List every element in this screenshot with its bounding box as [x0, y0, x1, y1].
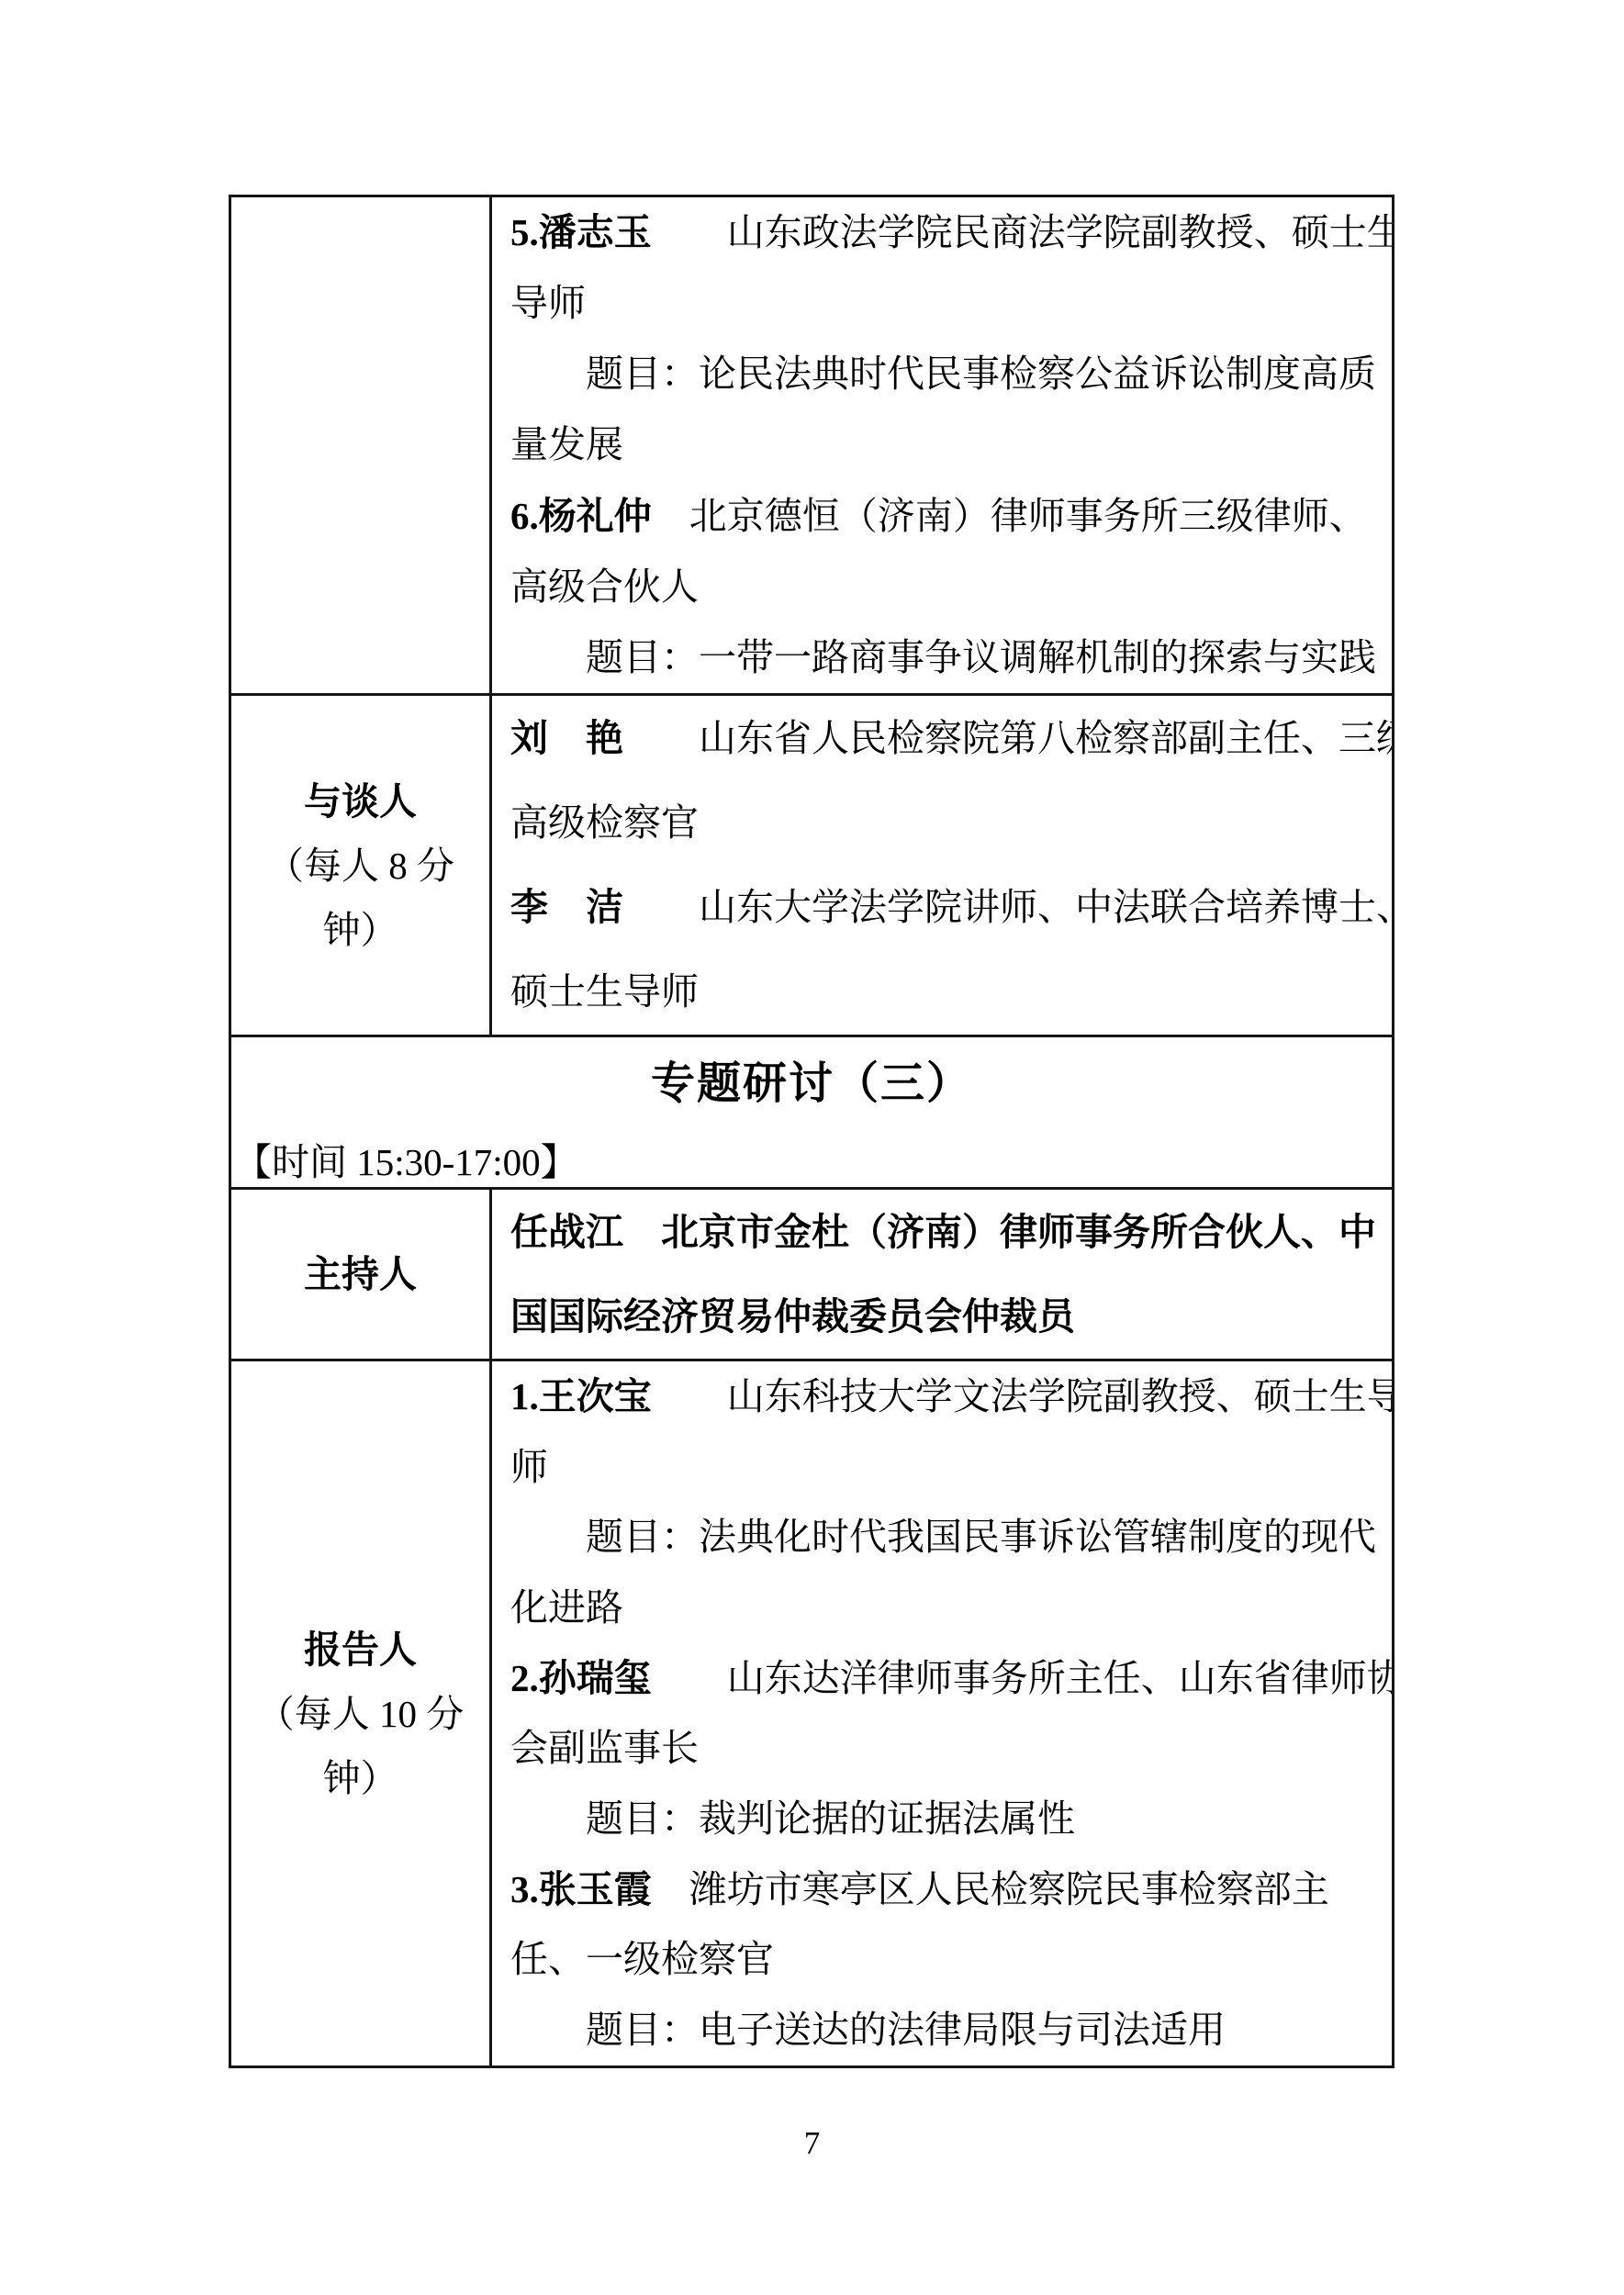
speaker-desc: 会副监事长 — [510, 1727, 699, 1769]
topic-line: 题目：论民法典时代民事检察公益诉讼制度高质 — [510, 353, 1376, 395]
topic-line: 题目：一带一路商事争议调解机制的探索与实践 — [510, 636, 1376, 678]
agenda-line: 题目：裁判论据的证据法属性 — [510, 1800, 1386, 1838]
row-content-cell: 任战江 北京市金杜（济南）律师事务所合伙人、中 国国际经济贸易仲裁委员会仲裁员 — [492, 1190, 1392, 1359]
row-label-note: 钟） — [323, 898, 398, 962]
agenda-table: 5.潘志玉 山东政法学院民商法学院副教授、硕士生 导师 题目：论民法典时代民事检… — [229, 195, 1394, 2068]
agenda-line: 任战江 北京市金杜（济南）律师事务所合伙人、中 — [510, 1214, 1386, 1251]
topic-line: 量发展 — [510, 423, 623, 465]
row-label: 主持人 — [304, 1242, 417, 1306]
agenda-line: 高级合伙人 — [510, 568, 1386, 606]
speaker-desc: 硕士生导师 — [510, 970, 699, 1013]
row-label-cell: 主持人 — [231, 1190, 492, 1359]
speaker-desc: 山东达洋律师事务所主任、山东省律师协 — [652, 1657, 1392, 1699]
row-label-cell-empty — [231, 197, 492, 693]
page-number: 7 — [0, 2122, 1624, 2165]
agenda-line: 刘 艳 山东省人民检察院第八检察部副主任、三级 — [510, 720, 1386, 757]
speaker-desc: 高级检察官 — [510, 801, 699, 844]
speaker-name: 刘 艳 — [510, 717, 623, 759]
session-time: 【时间 15:30-17:00】 — [231, 1135, 1392, 1187]
speaker-desc: 师 — [510, 1446, 548, 1488]
speaker-desc: 山东省人民检察院第八检察部副主任、三级 — [623, 717, 1392, 759]
speaker-name: 2.孙瑞玺 — [510, 1657, 652, 1699]
table-row-session-header: 专题研讨（三） 【时间 15:30-17:00】 — [231, 1035, 1392, 1187]
agenda-line: 国国际经济贸易仲裁委员会仲裁员 — [510, 1298, 1386, 1336]
agenda-line: 5.潘志玉 山东政法学院民商法学院副教授、硕士生 — [510, 214, 1386, 252]
table-row-speakers-continued: 5.潘志玉 山东政法学院民商法学院副教授、硕士生 导师 题目：论民法典时代民事检… — [231, 197, 1392, 693]
speaker-name: 6.杨礼仲 — [510, 495, 652, 537]
speaker-name: 李 洁 — [510, 886, 623, 928]
table-row-moderator: 主持人 任战江 北京市金杜（济南）律师事务所合伙人、中 国国际经济贸易仲裁委员会… — [231, 1187, 1392, 1359]
agenda-line: 1.王次宝 山东科技大学文法学院副教授、硕士生导 — [510, 1378, 1386, 1416]
speaker-name: 5.潘志玉 — [510, 211, 652, 253]
speaker-desc: 山东科技大学文法学院副教授、硕士生导 — [652, 1375, 1392, 1417]
agenda-line: 6.杨礼仲 北京德恒（济南）律师事务所三级律师、 — [510, 498, 1386, 535]
speaker-desc: 任、一级检察官 — [510, 1938, 774, 1980]
table-row-reporters: 报告人 （每人 10 分 钟） 1.王次宝 山东科技大学文法学院副教授、硕士生导… — [231, 1359, 1392, 2065]
session-title: 专题研讨（三） — [231, 1041, 1392, 1127]
speaker-name: 3.张玉霞 — [510, 1868, 652, 1910]
table-row-discussants: 与谈人 （每人 8 分 钟） 刘 艳 山东省人民检察院第八检察部副主任、三级 高… — [231, 693, 1392, 1035]
speaker-name: 1.王次宝 — [510, 1375, 652, 1417]
speaker-desc: 山东政法学院民商法学院副教授、硕士生 — [652, 211, 1392, 253]
agenda-line: 量发展 — [510, 426, 1386, 464]
agenda-line: 题目：一带一路商事争议调解机制的探索与实践 — [510, 639, 1386, 677]
speaker-desc: 山东大学法学院讲师、中法联合培养博士、 — [623, 886, 1392, 928]
agenda-line: 任、一级检察官 — [510, 1941, 1386, 1978]
agenda-line: 2.孙瑞玺 山东达洋律师事务所主任、山东省律师协 — [510, 1660, 1386, 1697]
row-content-cell: 刘 艳 山东省人民检察院第八检察部副主任、三级 高级检察官 李 洁 山东大学法学… — [492, 696, 1392, 1035]
agenda-line: 题目：论民法典时代民事检察公益诉讼制度高质 — [510, 355, 1386, 393]
agenda-line: 题目：电子送达的法律局限与司法适用 — [510, 2011, 1386, 2049]
agenda-line: 导师 — [510, 285, 1386, 322]
row-label-note: （每人 8 分 — [266, 834, 454, 898]
row-label-cell: 与谈人 （每人 8 分 钟） — [231, 696, 492, 1035]
agenda-line: 会副监事长 — [510, 1730, 1386, 1767]
topic-line: 化进路 — [510, 1586, 623, 1629]
speaker-desc: 北京德恒（济南）律师事务所三级律师、 — [652, 495, 1367, 537]
row-label-note: （每人 10 分 — [257, 1682, 465, 1746]
agenda-line: 硕士生导师 — [510, 973, 1386, 1011]
speaker-desc: 高级合伙人 — [510, 565, 699, 608]
agenda-line: 3.张玉霞 潍坊市寒亭区人民检察院民事检察部主 — [510, 1871, 1386, 1909]
topic-line: 题目：裁判论据的证据法属性 — [510, 1797, 1075, 1840]
agenda-line: 师 — [510, 1449, 1386, 1486]
speaker-desc: 导师 — [510, 282, 586, 324]
moderator-desc: 国国际经济贸易仲裁委员会仲裁员 — [510, 1295, 1075, 1338]
row-label-cell: 报告人 （每人 10 分 钟） — [231, 1361, 492, 2065]
moderator-desc: 任战江 北京市金杜（济南）律师事务所合伙人、中 — [510, 1211, 1376, 1253]
agenda-line: 李 洁 山东大学法学院讲师、中法联合培养博士、 — [510, 889, 1386, 926]
document-page: 5.潘志玉 山东政法学院民商法学院副教授、硕士生 导师 题目：论民法典时代民事检… — [0, 0, 1624, 2295]
row-label: 与谈人 — [304, 769, 417, 834]
row-content-cell: 1.王次宝 山东科技大学文法学院副教授、硕士生导 师 题目：法典化时代我国民事诉… — [492, 1361, 1392, 2065]
topic-line: 题目：法典化时代我国民事诉讼管辖制度的现代 — [510, 1516, 1376, 1558]
agenda-line: 高级检察官 — [510, 804, 1386, 842]
row-label-note: 钟） — [323, 1746, 398, 1810]
agenda-line: 化进路 — [510, 1589, 1386, 1627]
agenda-line: 题目：法典化时代我国民事诉讼管辖制度的现代 — [510, 1518, 1386, 1556]
speaker-desc: 潍坊市寒亭区人民检察院民事检察部主 — [652, 1868, 1329, 1910]
session-header-cell: 专题研讨（三） 【时间 15:30-17:00】 — [231, 1037, 1392, 1187]
topic-line: 题目：电子送达的法律局限与司法适用 — [510, 2009, 1226, 2051]
row-content-cell: 5.潘志玉 山东政法学院民商法学院副教授、硕士生 导师 题目：论民法典时代民事检… — [492, 197, 1392, 693]
row-label: 报告人 — [304, 1618, 417, 1682]
